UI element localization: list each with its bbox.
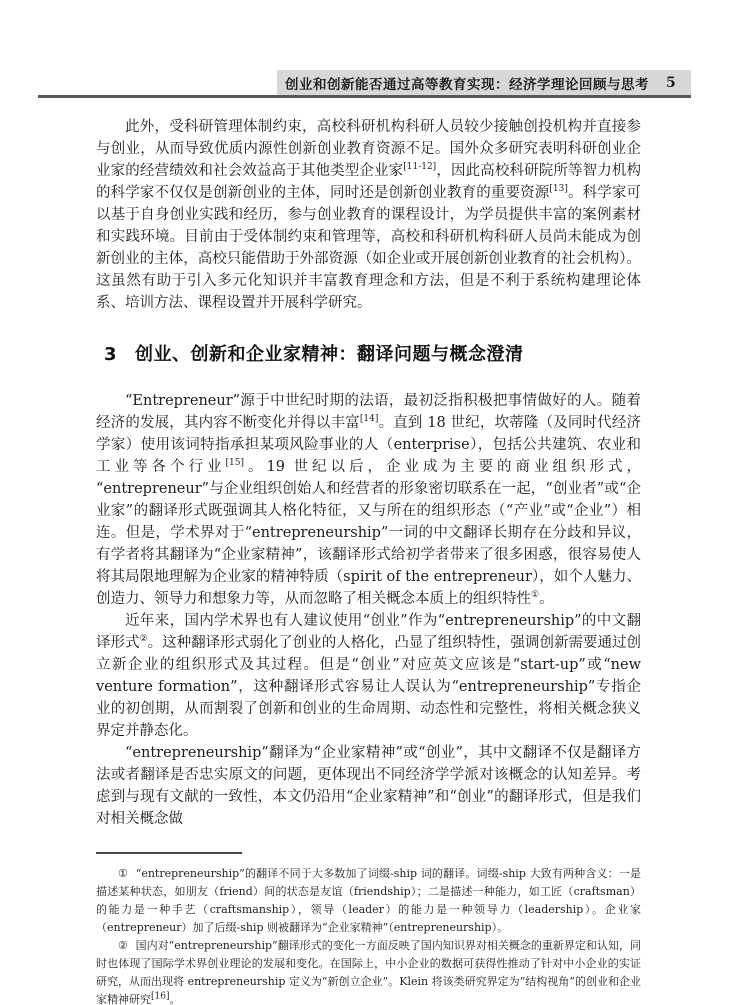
- footnotes: ①“entrepreneurship”的翻译不同于大多数加了词缀-ship 词的…: [96, 865, 641, 1005]
- paragraph: 近年来，国内学术界也有人建议使用“创业”作为“entrepreneurship”…: [96, 610, 641, 742]
- footnote: ①“entrepreneurship”的翻译不同于大多数加了词缀-ship 词的…: [96, 865, 641, 937]
- paragraph: 此外，受科研管理体制约束，高校科研机构科研人员较少接触创投机构并直接参与创业，从…: [96, 116, 641, 314]
- section-heading: 3创业、创新和企业家精神：翻译问题与概念澄清: [104, 340, 641, 366]
- footnote: ②国内对“entrepreneurship”翻译形式的变化一方面反映了国内知识界…: [96, 937, 641, 1005]
- running-header: 创业和创新能否通过高等教育实现：经济学理论回顾与思考 5: [277, 70, 691, 95]
- header-rule: [38, 95, 691, 98]
- section-number: 3: [104, 344, 117, 365]
- paragraph: “Entrepreneur”源于中世纪时期的法语，最初泛指积极把事情做好的人。随…: [96, 390, 641, 610]
- running-title: 创业和创新能否通过高等教育实现：经济学理论回顾与思考: [285, 73, 649, 93]
- section-title: 创业、创新和企业家精神：翻译问题与概念澄清: [135, 344, 524, 365]
- footnote-text: “entrepreneurship”的翻译不同于大多数加了词缀-ship 词的翻…: [96, 867, 641, 934]
- footnote-marker: ②: [118, 939, 128, 952]
- paragraph: “entrepreneurship”翻译为“企业家精神”或“创业”，其中文翻译不…: [96, 742, 641, 830]
- document-page: 创业和创新能否通过高等教育实现：经济学理论回顾与思考 5 此外，受科研管理体制约…: [0, 0, 729, 1005]
- footnote-marker: ①: [118, 867, 128, 880]
- footnote-text: 国内对“entrepreneurship”翻译形式的变化一方面反映了国内知识界对…: [96, 939, 641, 1005]
- page-number: 5: [666, 75, 676, 91]
- page-body: 此外，受科研管理体制约束，高校科研机构科研人员较少接触创投机构并直接参与创业，从…: [96, 116, 641, 1005]
- footnote-separator: [96, 852, 242, 854]
